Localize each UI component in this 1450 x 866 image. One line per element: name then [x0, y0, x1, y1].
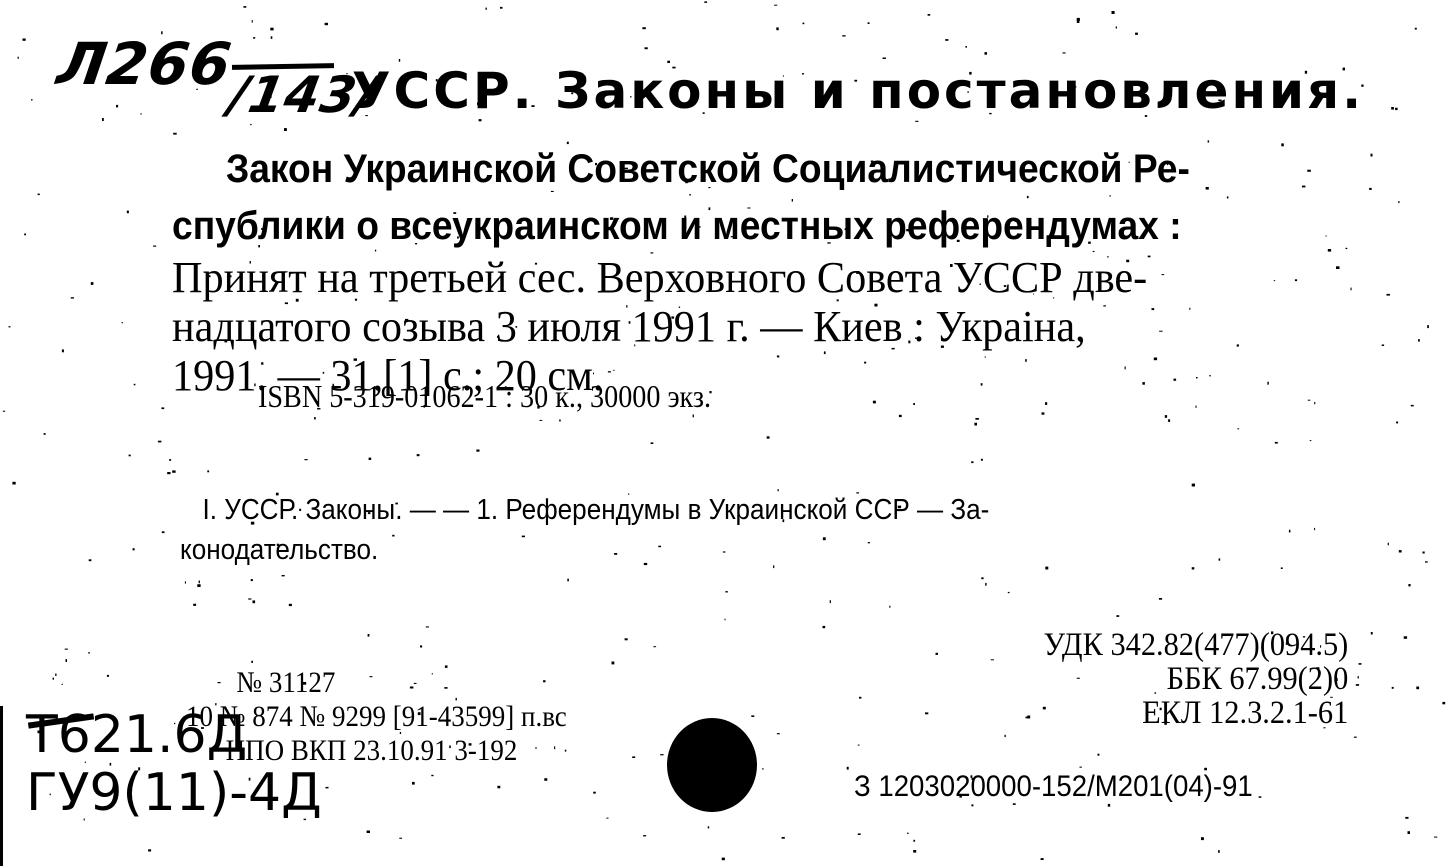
catalog-card: Л266 /143/ УССР. Законы и постановления.…: [0, 0, 1450, 866]
handwritten-subject-heading: УССР. Законы и постановления.: [352, 62, 1364, 120]
tracing-line-2: конодательство.: [180, 534, 378, 566]
card-number: № 31127: [186, 666, 567, 700]
title-line-1: Закон Украинской Советской Социалистичес…: [172, 145, 1340, 194]
classification-codes: УДК 342.82(477)(094.5) ББК 67.99(2)0 ЕКЛ…: [1017, 628, 1348, 730]
punch-hole: [667, 718, 757, 812]
main-entry: Закон Украинской Советской Социалистичес…: [172, 145, 1340, 400]
isbn-line: ISBN 5-319-01062-1 : 30 к., 30000 экз.: [258, 378, 711, 415]
title-line-2: спублики о всеукраинском и местных рефер…: [172, 202, 1340, 251]
handwritten-call-number: Т621.6Д ГУ9(11)-4Д: [26, 706, 322, 822]
card-edge-line: [0, 706, 3, 866]
tracing-line-1: I. УССР. Законы. — — 1. Референдумы в Ук…: [180, 490, 1350, 530]
call-number-line-1: Т621.6Д: [26, 706, 322, 764]
udk-code: УДК 342.82(477)(094.5): [1043, 628, 1348, 662]
handwritten-shelf-code: Л266: [53, 30, 236, 98]
call-number-line-2: ГУ9(11)-4Д: [26, 764, 322, 822]
entry-line-4: надцатого созыва 3 июля 1991 г. — Киев :…: [172, 302, 1339, 351]
entry-line-3: Принят на третьей сес. Верховного Совета…: [172, 253, 1339, 302]
tracings: I. УССР. Законы. — — 1. Референдумы в Ук…: [180, 490, 1350, 570]
author-mark-code: З 1203020000-152/М201(04)-91: [854, 770, 1253, 804]
ekl-code: ЕКЛ 12.3.2.1-61: [1043, 696, 1348, 730]
bbk-code: ББК 67.99(2)0: [1043, 662, 1348, 696]
